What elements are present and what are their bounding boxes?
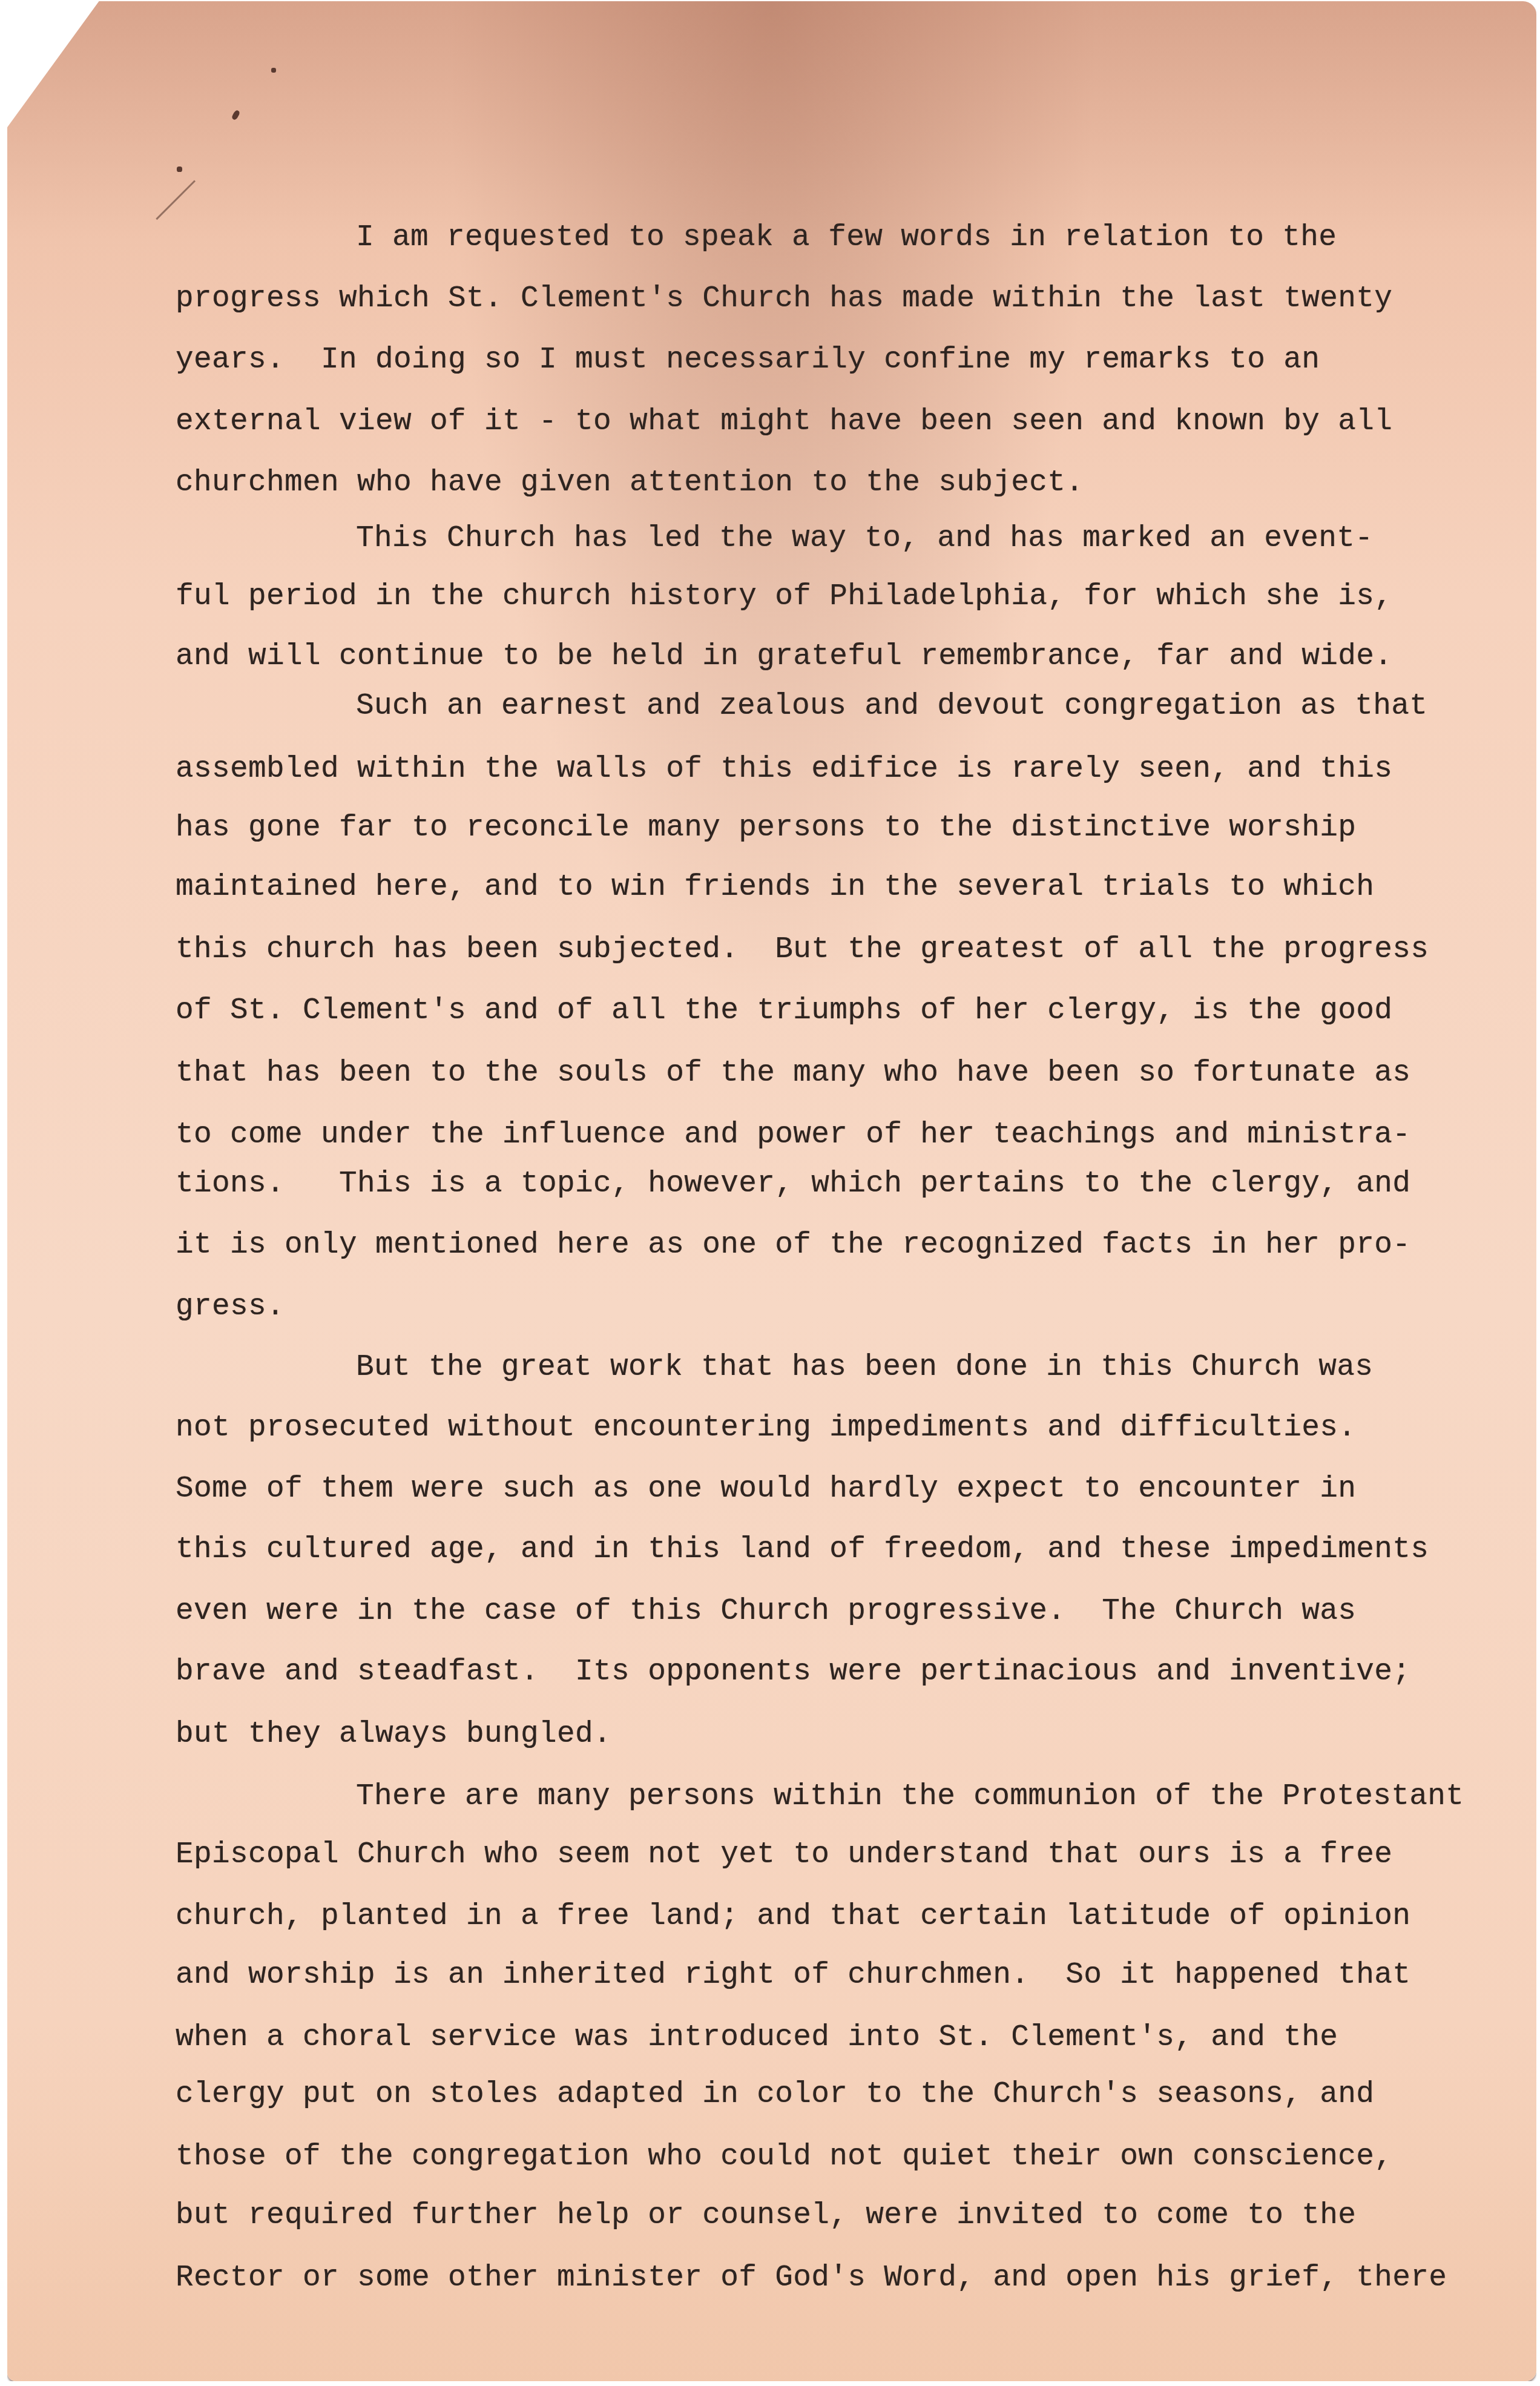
text-line: when a choral service was introduced int… xyxy=(176,2023,1338,2053)
text-line: to come under the influence and power of… xyxy=(176,1120,1410,1150)
text-line: gress. xyxy=(176,1292,285,1322)
text-line: not prosecuted without encountering impe… xyxy=(176,1413,1356,1443)
text-line: progress which St. Clement's Church has … xyxy=(176,284,1392,314)
text-line: There are many persons within the commun… xyxy=(356,1782,1464,1812)
paper-blemish xyxy=(231,110,241,120)
text-line: and worship is an inherited right of chu… xyxy=(176,1960,1410,1991)
text-line: but they always bungled. xyxy=(176,1719,611,1750)
text-line: that has been to the souls of the many w… xyxy=(176,1058,1410,1089)
text-line: Episcopal Church who seem not yet to und… xyxy=(176,1840,1392,1870)
text-line: years. In doing so I must necessarily co… xyxy=(176,345,1320,375)
text-line: But the great work that has been done in… xyxy=(356,1353,1373,1383)
text-line: maintained here, and to win friends in t… xyxy=(176,872,1374,903)
text-line: has gone far to reconcile many persons t… xyxy=(176,813,1356,843)
text-line: I am requested to speak a few words in r… xyxy=(356,223,1337,253)
text-line: brave and steadfast. Its opponents were … xyxy=(176,1657,1410,1687)
text-line: Some of them were such as one would hard… xyxy=(176,1474,1356,1504)
text-line: churchmen who have given attention to th… xyxy=(176,468,1084,498)
text-line: ful period in the church history of Phil… xyxy=(176,582,1392,612)
text-line: tions. This is a topic, however, which p… xyxy=(176,1169,1410,1199)
text-line: even were in the case of this Church pro… xyxy=(176,1597,1356,1627)
text-line: assembled within the walls of this edifi… xyxy=(176,754,1392,785)
text-line: Such an earnest and zealous and devout c… xyxy=(356,691,1427,722)
text-line: but required further help or counsel, we… xyxy=(176,2201,1356,2231)
text-line: Rector or some other minister of God's W… xyxy=(176,2263,1447,2293)
text-line: and will continue to be held in grateful… xyxy=(176,642,1392,672)
text-line: this cultured age, and in this land of f… xyxy=(176,1535,1429,1565)
text-line: this church has been subjected. But the … xyxy=(176,935,1429,965)
text-line: external view of it - to what might have… xyxy=(176,407,1392,437)
paper-blemish xyxy=(177,166,182,172)
paper-blemish xyxy=(271,68,276,73)
text-line: those of the congregation who could not … xyxy=(176,2142,1392,2172)
paper-scratch xyxy=(156,180,196,220)
text-line: it is only mentioned here as one of the … xyxy=(176,1230,1410,1261)
text-line: This Church has led the way to, and has … xyxy=(356,524,1373,554)
text-line: of St. Clement's and of all the triumphs… xyxy=(176,996,1392,1026)
text-line: clergy put on stoles adapted in color to… xyxy=(176,2080,1374,2110)
text-line: church, planted in a free land; and that… xyxy=(176,1902,1410,1932)
